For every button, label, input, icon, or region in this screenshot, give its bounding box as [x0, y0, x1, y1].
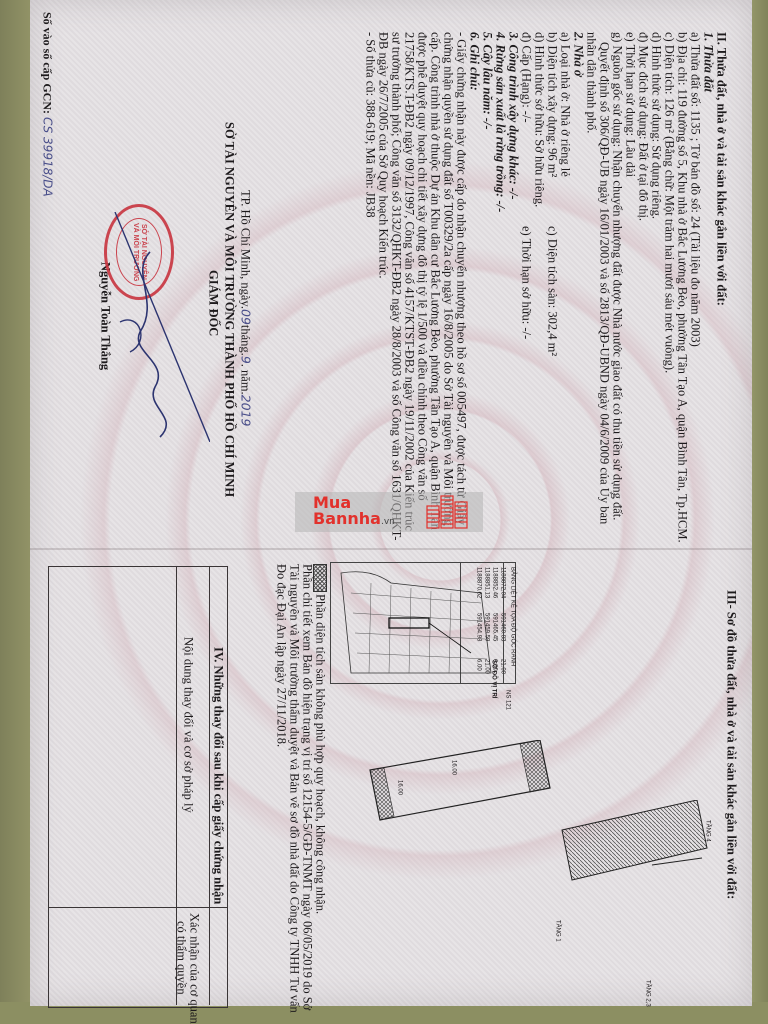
note-line: sư trưởng thành phố; Công văn số 3132/QH…	[389, 32, 403, 540]
perennial: 5. Cây lâu năm: -/-	[480, 32, 494, 130]
changes-col2-header-1: Xác nhận của cơ quan	[187, 913, 201, 1024]
day-handwritten: 09	[239, 309, 254, 325]
note-line: chứng nhận quyền sử dụng đất số T00329/2…	[441, 32, 455, 526]
location-map-title: SƠ ĐỒ VỊ TRÍ	[486, 660, 500, 698]
section-iv-title: IV. Những thay đổi sau khi cấp giấy chứn…	[211, 647, 225, 904]
house-dd: đ) Cấp (Hạng): -/-	[519, 32, 533, 123]
signature-date: TP. Hồ Chí Minh, ngày.09tháng.9. năm.201…	[238, 190, 253, 426]
land-g2: Quyết định số 306/QĐ-UB ngày 16/01/2003 …	[597, 42, 611, 524]
floor-label: TẦNG 4	[700, 820, 714, 842]
changes-table: IV. Những thay đổi sau khi cấp giấy chứn…	[48, 566, 228, 1008]
table-divider	[49, 907, 227, 908]
buildings-icon	[425, 494, 471, 530]
land-dd: đ) Mục đích sử dụng: Đất ở tại đô thị.	[636, 32, 650, 221]
legend-note: Tài nguyên và Môi trường thẩm duyệt và B…	[287, 564, 301, 1013]
house-e: e) Thời hạn sở hữu: -/-	[519, 226, 533, 339]
place-date-label: TP. Hồ Chí Minh, ngày.	[239, 190, 253, 309]
location-map	[330, 562, 504, 684]
table-divider	[209, 567, 210, 1005]
land-c: c) Diện tích: 126 m² (Bằng chữ: Một trăm…	[662, 32, 676, 373]
brand-line2: Bannha	[313, 509, 381, 528]
month-handwritten: 9	[239, 356, 254, 364]
note-line: ĐB ngày 26/7/2005 của Sở Quy hoạch Kiến …	[376, 32, 390, 279]
background-table-left	[0, 0, 34, 1024]
note-line: được phê duyệt quy hoạch chi tiết xây dự…	[415, 32, 429, 501]
section-iii-title: III- Sơ đồ thửa đất, nhà ở và tài sản kh…	[724, 590, 738, 899]
floor-label: TẦNG 2,3	[640, 980, 654, 1007]
registry-value: CS 39918/DA	[41, 117, 55, 197]
house-heading: 2. Nhà ở	[571, 32, 585, 77]
other-construction: 3. Công trình xây dựng khác: -/-	[506, 32, 520, 200]
building-plan	[552, 800, 722, 890]
registry-label: Số vào sổ cấp GCN:	[41, 12, 55, 114]
changes-col1-header: Nội dung thay đổi và cơ sở pháp lý	[181, 637, 195, 813]
changes-col2-header-2: có thẩm quyền	[174, 921, 188, 995]
land-e: e) Thời hạn sử dụng: Lâu dài	[623, 32, 637, 177]
notes-heading: 6. Ghi chú:	[467, 32, 481, 91]
brand-text: Mua Bannha.vn	[313, 495, 395, 530]
plot-length-label-2: 16.00	[392, 780, 406, 795]
year-handwritten: 2019	[239, 395, 254, 427]
legend-note: Đo đạc Đại An lập ngày 27/11/2018.	[274, 564, 288, 747]
note-line: - Số thửa cũ: 388-619; Mã nền: JB38	[363, 32, 377, 218]
ns-label: NS 121	[500, 690, 514, 710]
plot-length-label: 16.00	[446, 760, 460, 775]
note-line: cấp. Công trình nhà ở thuộc Dự án Khu dâ…	[428, 32, 442, 530]
house-a: a) Loại nhà ở: Nhà ở riêng lẻ	[558, 32, 572, 177]
plot-drawing	[360, 740, 560, 860]
legend-note: Phần chi tiết xem Bản đồ hiện trạng vị t…	[300, 564, 314, 1010]
signature-scribble	[60, 212, 210, 442]
land-heading: 1. Thửa đất	[701, 32, 715, 92]
house-d: d) Hình thức sở hữu: Sở hữu riêng.	[532, 32, 546, 207]
land-d: d) Hình thức sử dụng: Sử dụng riêng.	[649, 32, 663, 219]
note-line: 21758/KTS.T-ĐB2 ngày 09/12/1997, Công vă…	[402, 32, 416, 531]
agency-name: SỞ TÀI NGUYÊN VÀ MÔI TRƯỜNG THÀNH PHỐ HỒ…	[222, 122, 236, 497]
month-label: tháng.	[239, 325, 253, 356]
year-label: . năm.	[239, 364, 253, 395]
page-fold	[30, 548, 752, 550]
section-ii-title: II. Thửa đất, nhà ở và tài sản khác gắn …	[714, 32, 728, 306]
brand-suffix: .vn	[381, 517, 395, 527]
land-g3: nhân dân thành phố.	[584, 32, 598, 133]
forest: 4. Rừng sản xuất là rừng trồng: -/-	[493, 32, 507, 212]
floor-label: TẦNG 1	[550, 920, 564, 942]
land-b: b) Địa chỉ: 119 đường số 5, Khu nhà ở Bắ…	[675, 32, 689, 543]
registry-number: Số vào sổ cấp GCN: CS 39918/DA	[40, 12, 54, 197]
land-g1: g) Nguồn gốc sử dụng: Nhận chuyển nhượng…	[610, 32, 624, 520]
house-c: c) Diện tích sàn: 302,4 m²	[545, 226, 559, 356]
legend-hatch-swatch	[313, 564, 327, 592]
note-line: - Giấy chứng nhận này được cấp do nhận c…	[454, 32, 468, 525]
land-a: a) Thửa đất số: 1135 ; Tờ bản đồ số: 24 …	[688, 32, 702, 347]
house-b: b) Diện tích xây dựng: 96 m²	[545, 32, 559, 177]
legend-note: Phần diện tích sàn không phù hợp quy hoạ…	[313, 594, 327, 914]
watermark-logo: Mua Bannha.vn	[295, 492, 483, 532]
